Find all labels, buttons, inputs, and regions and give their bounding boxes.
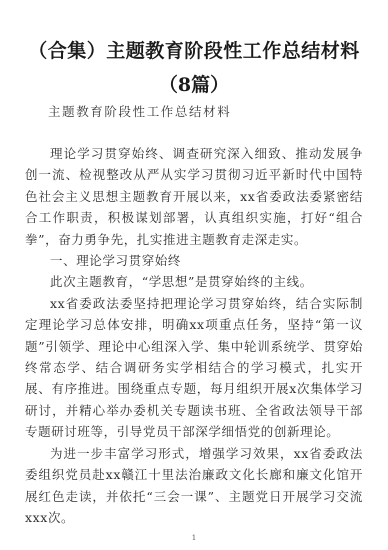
paragraph-study-forms: 为进一步丰富学习形式，增强学习效果，xx省委政法委组织党员赴xx赣江十里法治廉政… [25,443,363,529]
paragraph-main-line: 此次主题教育，“学思想”是贯穿始终的主线。 [25,271,363,292]
paragraph-intro: 理论学习贯穿始终、调查研究深入细致、推动发展争创一流、检视整改从严从实学习贯彻习… [25,143,363,250]
section-heading: 主题教育阶段性工作总结材料 [48,102,231,120]
document-title: （合集）主题教育阶段性工作总结材料 [0,36,388,63]
document-page: （合集）主题教育阶段性工作总结材料 （8篇） 主题教育阶段性工作总结材料 理论学… [0,0,388,550]
document-body: 理论学习贯穿始终、调查研究深入细致、推动发展争创一流、检视整改从严从实学习贯彻习… [25,143,363,528]
paragraph-section-title: 一、理论学习贯穿始终 [25,250,363,271]
page-number: 1 [0,534,388,542]
document-subtitle: （8篇） [0,70,388,97]
paragraph-study-plan: xx省委政法委坚持把理论学习贯穿始终，结合实际制定理论学习总体安排，明确xx项重… [25,293,363,443]
